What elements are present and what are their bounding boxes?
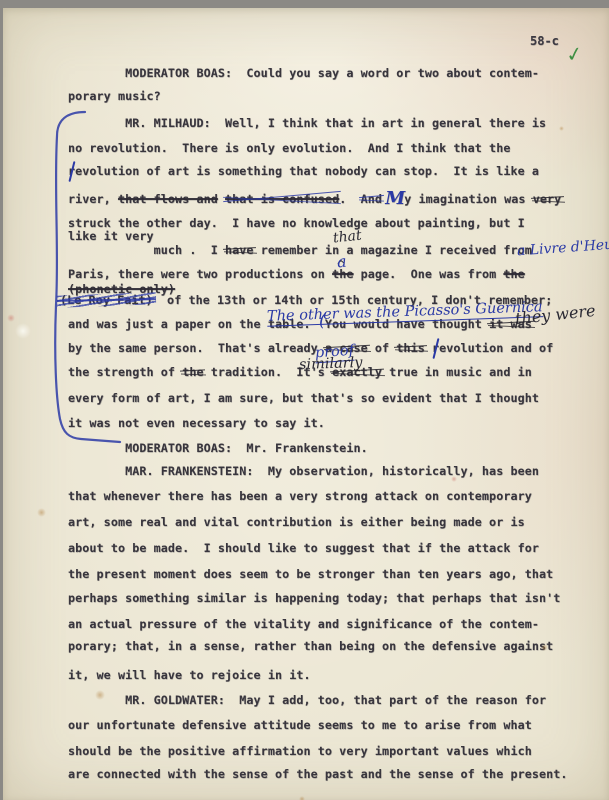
typed-strikethrough: the — [503, 267, 524, 281]
typed-line: no revolution. There is only evolution. … — [68, 142, 510, 155]
typed-text: evolution of art is something that nobod… — [75, 164, 539, 178]
typed-line: MODERATOR BOAS: Could you say a word or … — [68, 67, 539, 80]
typed-text: the strength of — [68, 365, 182, 379]
typed-text: an actual pressure of the vitality and s… — [68, 617, 539, 631]
typed-line: that whenever there has been a very stro… — [68, 490, 532, 503]
paper-speck — [559, 126, 564, 131]
handwritten-livre-d-heures: a Livre d'Heu — [517, 238, 609, 259]
typed-line: our unfortunate defensive attitude seems… — [68, 719, 532, 732]
typed-line: much . I have remember in a magazine I r… — [68, 244, 532, 257]
paper-speck — [451, 476, 457, 482]
typed-text: porary music? — [68, 89, 161, 103]
typed-text: MODERATOR BOAS: Could you say a word or … — [68, 66, 539, 80]
scanned-typescript-page: 58-c MODERATOR BOAS: Could you say a wor… — [0, 0, 609, 800]
typed-scribble-strikethrough: have — [225, 243, 254, 257]
typed-text — [425, 341, 432, 355]
paper-speck — [541, 644, 548, 651]
typed-text: art, some real and vital contribution is… — [68, 515, 525, 529]
pen-slashed-letter: r — [432, 341, 439, 355]
typed-scribble-strikethrough: the — [182, 365, 203, 379]
typed-text: river, — [68, 192, 118, 206]
typed-text: it, we will have to rejoice in it. — [68, 668, 311, 682]
typed-line: it, we will have to rejoice in it. — [68, 669, 311, 682]
typed-line: porary music? — [68, 90, 161, 103]
typed-text: about to be made. I should like to sugge… — [68, 541, 539, 555]
typed-text: of — [368, 341, 397, 355]
green-check-mark: ✓ — [564, 43, 584, 66]
paper-speck — [15, 323, 31, 339]
typed-text: much . I — [68, 243, 225, 257]
typed-text: evolution and of — [439, 341, 553, 355]
typed-line: by the same person. That's already a cas… — [68, 342, 553, 355]
typed-line: revolution of art is something that nobo… — [68, 165, 539, 178]
typed-line: perhaps something similar is happening t… — [68, 592, 560, 605]
typed-text: MR. MILHAUD: Well, I think that in art i… — [68, 116, 546, 130]
insertion-paren-mark: ( — [319, 313, 326, 330]
typed-line: art, some real and vital contribution is… — [68, 516, 525, 529]
typed-line: an actual pressure of the vitality and s… — [68, 618, 539, 631]
typed-text: every form of art, I am sure, but that's… — [68, 391, 539, 405]
paper-speck — [299, 796, 305, 800]
typed-text: page. One was from — [353, 267, 503, 281]
typed-line: the present moment does seem to be stron… — [68, 568, 553, 581]
handwritten-insert-a: a — [336, 254, 347, 271]
handwritten-insert-that: that — [332, 229, 362, 246]
typed-text — [218, 192, 225, 206]
typed-text: it was not even necessary to say it. — [68, 416, 325, 430]
typed-text: MODERATOR BOAS: Mr. Frankenstein. — [68, 441, 368, 455]
typed-text: no revolution. There is only evolution. … — [68, 141, 510, 155]
typed-text: . — [339, 192, 360, 206]
typed-text: the present moment does seem to be stron… — [68, 567, 553, 581]
typed-text: struck the other day. I have no knowledg… — [68, 216, 525, 230]
typed-text: like it very — [68, 229, 154, 243]
typed-text: true in music and in — [382, 365, 532, 379]
typed-line: are connected with the sense of the past… — [68, 768, 568, 781]
paper-speck — [95, 690, 105, 700]
paper: 58-c MODERATOR BOAS: Could you say a wor… — [3, 8, 609, 800]
typed-text: should be the positive affirmation to ve… — [68, 744, 532, 758]
typed-text: our unfortunate defensive attitude seems… — [68, 718, 532, 732]
typed-text: perhaps something similar is happening t… — [68, 591, 560, 605]
typed-line: MAR. FRANKENSTEIN: My observation, histo… — [68, 465, 539, 478]
pen-slashed-letter: r — [68, 164, 75, 178]
typed-line: about to be made. I should like to sugge… — [68, 542, 539, 555]
typed-line: MR. GOLDWATER: May I add, too, that part… — [68, 694, 546, 707]
typed-line: Paris, there were two productions on the… — [68, 268, 525, 281]
typed-line: MODERATOR BOAS: Mr. Frankenstein. — [68, 442, 368, 455]
typed-text: MAR. FRANKENSTEIN: My observation, histo… — [68, 464, 539, 478]
typed-line: every form of art, I am sure, but that's… — [68, 392, 539, 405]
typed-text: by the same person. That's already — [68, 341, 325, 355]
pen-and-type-strikethrough: that is confused — [225, 192, 339, 206]
paper-speck — [37, 508, 46, 517]
typed-line: like it very — [68, 230, 154, 243]
typed-line: should be the positive affirmation to ve… — [68, 745, 532, 758]
handwritten-similarly: similarly — [299, 356, 363, 373]
typed-scribble-strikethrough: this — [396, 341, 425, 355]
page-number: 58-c — [530, 34, 559, 48]
typed-text: are connected with the sense of the past… — [68, 767, 568, 781]
typed-line: MR. MILHAUD: Well, I think that in art i… — [68, 117, 546, 130]
typed-text: y imagination was — [404, 192, 532, 206]
pen-scribble-blot: (Le Roy Fait) — [60, 293, 153, 307]
paper-speck — [7, 314, 15, 322]
typed-text: remember in a magazine I received from — [254, 243, 532, 257]
pen-strikethrough: And — [361, 192, 382, 206]
typed-line: it was not even necessary to say it. — [68, 417, 325, 430]
typed-line: river, that flows and that is confused. … — [68, 191, 561, 206]
handwritten-capital-m: M — [385, 188, 405, 209]
typed-text: Paris, there were two productions on — [68, 267, 332, 281]
typed-line: porary; that, in a sense, rather than be… — [68, 640, 553, 653]
typed-scribble-strikethrough: very — [533, 192, 562, 206]
typed-text: porary; that, in a sense, rather than be… — [68, 639, 553, 653]
typed-text: that whenever there has been a very stro… — [68, 489, 532, 503]
typed-strikethrough: that flows and — [118, 192, 218, 206]
typed-text: MR. GOLDWATER: May I add, too, that part… — [68, 693, 546, 707]
